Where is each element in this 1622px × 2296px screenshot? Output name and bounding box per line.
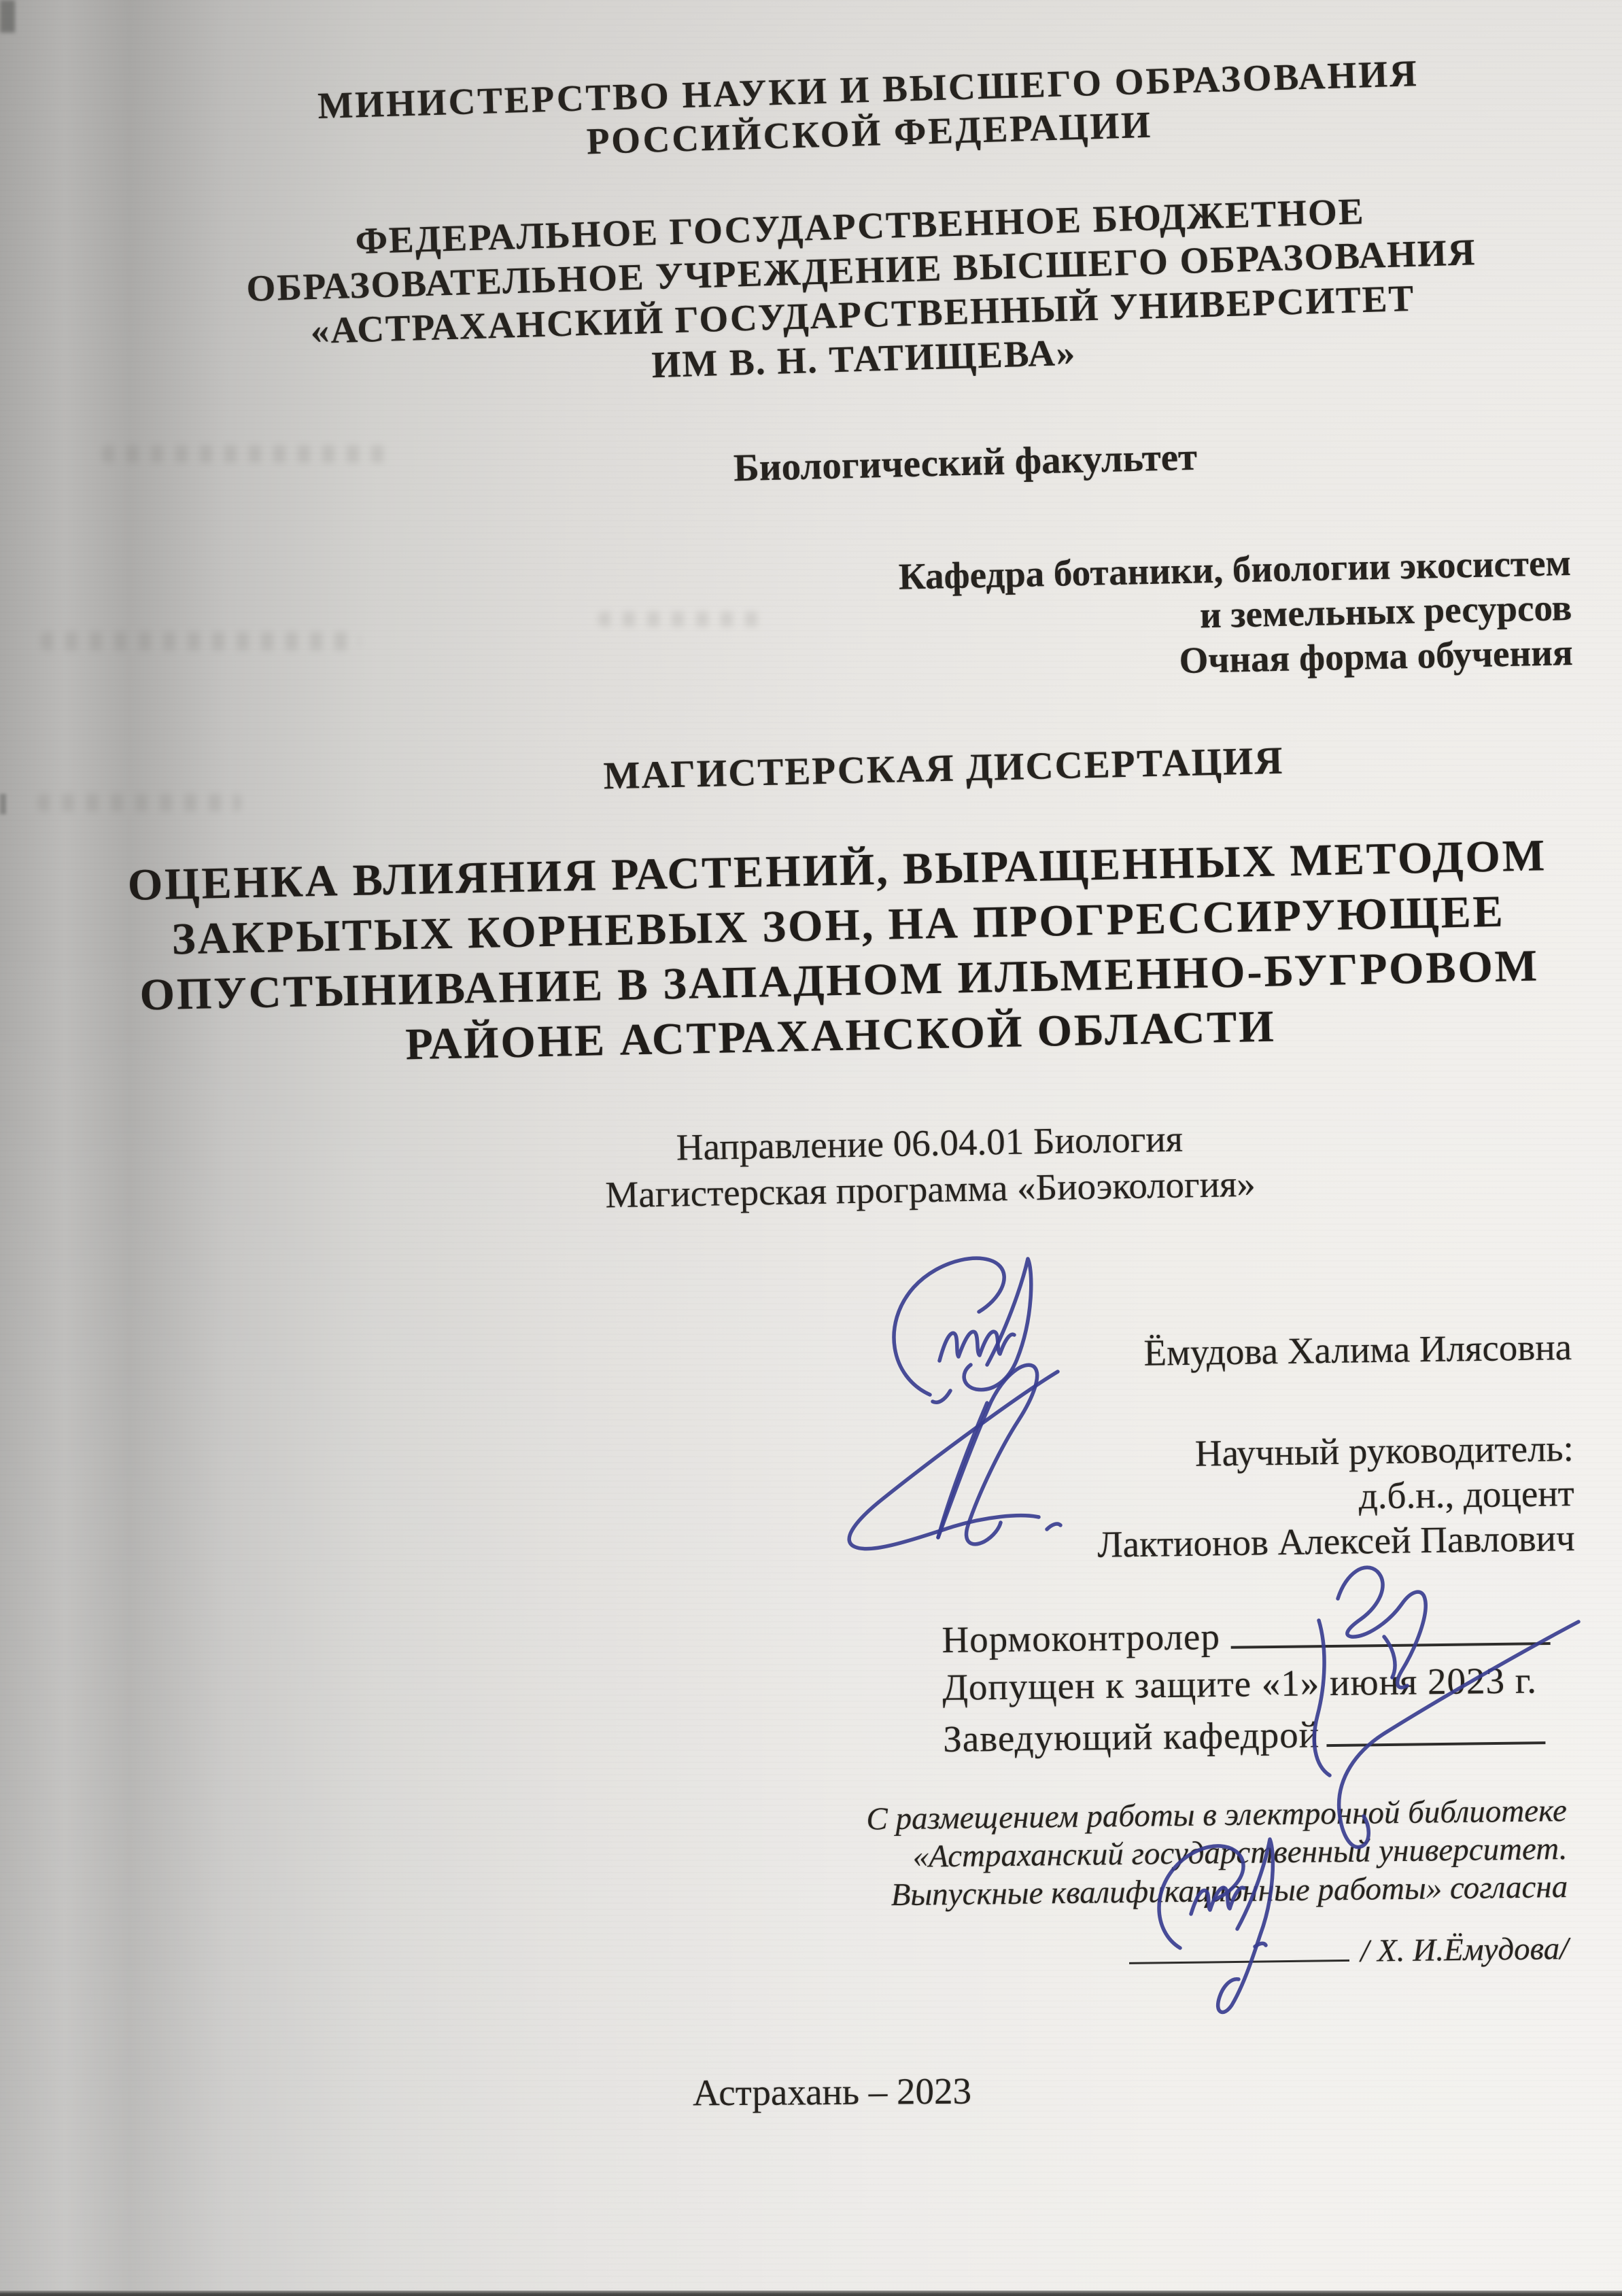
city-year: Астрахань – 2023 xyxy=(693,2070,972,2115)
supervisor-block: Научный руководитель: д.б.н., доцент Лак… xyxy=(1096,1426,1575,1567)
scan-bottom-edge xyxy=(0,2291,1622,2296)
supervisor-signature-stroke xyxy=(938,1365,1037,1544)
author-name: Ёмудова Халима Илясовна xyxy=(1143,1325,1572,1374)
department-head-row: Заведующий кафедрой xyxy=(943,1704,1552,1763)
ministry-header: МИНИСТЕРСТВО НАУКИ И ВЫСШЕГО ОБРАЗОВАНИЯ… xyxy=(317,52,1420,171)
department-head-signature-line xyxy=(1326,1704,1546,1747)
admitted-row: Допущен к защите «1» июня 2023 г. xyxy=(942,1656,1551,1711)
author-signature-stroke xyxy=(933,1391,950,1402)
consent-signature-name: / Х. И.Ёмудова/ xyxy=(1360,1931,1568,1969)
scan-corner-artifact xyxy=(0,0,15,33)
author-signature xyxy=(894,1258,1031,1402)
author-signature-stroke xyxy=(894,1258,1004,1395)
department-head-label: Заведующий кафедрой xyxy=(943,1714,1320,1760)
consent-signature-row: / Х. И.Ёмудова/ xyxy=(867,1925,1568,1977)
thesis-title: ОЦЕНКА ВЛИЯНИЯ РАСТЕНИЙ, ВЫРАЩЕННЫХ МЕТО… xyxy=(127,828,1551,1078)
program-block: Направление 06.04.01 Биология Магистерск… xyxy=(604,1115,1256,1219)
author-signature-stroke xyxy=(939,1332,1014,1361)
supervisor-signature-stroke xyxy=(938,1403,987,1537)
supervisor-label: Научный руководитель: xyxy=(1096,1426,1574,1478)
normcontroller-label: Нормоконтролер xyxy=(942,1616,1220,1660)
bleed-through-smudge xyxy=(37,794,241,812)
bleed-through-smudge xyxy=(102,445,394,463)
institution-header: ФЕДЕРАЛЬНОЕ ГОСУДАРСТВЕННОЕ БЮДЖЕТНОЕ ОБ… xyxy=(245,186,1480,399)
supervisor-signature-stroke xyxy=(849,1372,1058,1549)
normcontroller-signature-line xyxy=(1230,1605,1551,1649)
supervisor-degree: д.б.н., доцент xyxy=(1097,1471,1574,1523)
thesis-type-heading: МАГИСТЕРСКАЯ ДИССЕРТАЦИЯ xyxy=(603,739,1284,799)
consent-signature-line xyxy=(1128,1928,1349,1964)
supervisor-name: Лактионов Алексей Павлович xyxy=(1097,1516,1575,1567)
bleed-through-smudge xyxy=(598,612,761,627)
admitted-text: Допущен к защите «1» июня 2023 г. xyxy=(942,1659,1537,1708)
consent-line: Выпускные квалификационные работы» согла… xyxy=(867,1868,1568,1915)
normcontroller-row: Нормоконтролер xyxy=(942,1605,1551,1664)
supervisor-signature-stroke xyxy=(1047,1524,1060,1529)
consent-block: С размещением работы в электронной библи… xyxy=(866,1792,1569,1977)
admission-block: Нормоконтролер Допущен к защите «1» июня… xyxy=(942,1605,1552,1763)
author-signature-stroke xyxy=(964,1259,1031,1390)
faculty-name: Биологический факультет xyxy=(733,435,1197,491)
scanned-thesis-title-page: МИНИСТЕРСТВО НАУКИ И ВЫСШЕГО ОБРАЗОВАНИЯ… xyxy=(0,0,1622,2296)
bleed-through-smudge xyxy=(41,632,360,650)
supervisor-signature xyxy=(849,1365,1060,1548)
department-block: Кафедра ботаники, биологии экосистем и з… xyxy=(898,540,1573,689)
scan-edge-artifact xyxy=(0,794,6,814)
